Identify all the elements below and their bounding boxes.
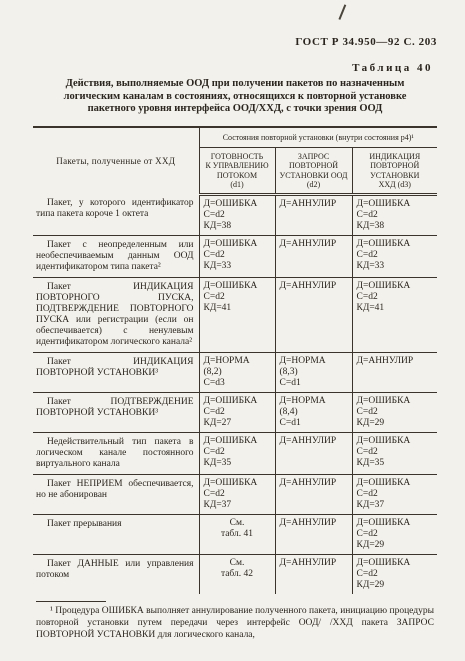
action-cell-d1: Д=ОШИБКА C=d2 КД=35 [199, 432, 275, 474]
packet-cell: Пакет ИНДИКАЦИЯ ПОВТОРНОЙ УСТАНОВКИ³ [33, 352, 199, 392]
table-row: Пакет прерывания См. табл. 41 Д=АННУЛИР … [33, 514, 437, 554]
action-cell-d3: Д=ОШИБКА C=d2 КД=35 [352, 432, 437, 474]
table-caption: Действия, выполняемые ООД при получении … [40, 78, 430, 116]
footnote-separator [36, 601, 106, 602]
action-cell-d3: Д=ОШИБКА C=d2 КД=29 [352, 554, 437, 594]
page-header: ГОСТ Р 34.950—92 С. 203 [0, 36, 437, 48]
action-cell-d2: Д=АННУЛИР [275, 514, 352, 554]
action-cell-d3: Д=ОШИБКА C=d2 КД=38 [352, 194, 437, 235]
packet-cell: Пакет ДАННЫЕ или управления потоком [33, 554, 199, 594]
action-cell-d2: Д=АННУЛИР [275, 474, 352, 514]
packet-cell: Недействительный тип пакета в логическом… [33, 432, 199, 474]
packet-cell: Пакет НЕПРИЕМ обеспечивается, но не абон… [33, 474, 199, 514]
column-header-d1: ГОТОВНОСТЬ К УПРАВЛЕНИЮ ПОТОКОМ (d1) [199, 147, 275, 194]
action-cell-d3: Д=АННУЛИР [352, 352, 437, 392]
table-body: Пакет, у которого идентификатор типа пак… [33, 194, 437, 594]
action-cell-d2: Д=АННУЛИР [275, 194, 352, 235]
header-row-span: Пакеты, полученные от ХХД Состояния повт… [33, 127, 437, 147]
action-cell-d3: Д=ОШИБКА C=d2 КД=29 [352, 514, 437, 554]
column-header-d3: ИНДИКАЦИЯ ПОВТОРНОЙ УСТАНОВКИ ХХД (d3) [352, 147, 437, 194]
column-header-d2: ЗАПРОС ПОВТОРНОЙ УСТАНОВКИ ООД (d2) [275, 147, 352, 194]
handwritten-slash-mark [338, 4, 355, 23]
footnote-text: ¹ Процедура ОШИБКА выполняет аннулирован… [36, 605, 434, 641]
action-cell-d3: Д=ОШИБКА C=d2 КД=33 [352, 235, 437, 277]
table-row: Пакет ИНДИКАЦИЯ ПОВТОРНОЙ УСТАНОВКИ³ Д=Н… [33, 352, 437, 392]
table-number-label: Таблица 40 [0, 62, 433, 74]
table-row: Недействительный тип пакета в логическом… [33, 432, 437, 474]
document-page: ГОСТ Р 34.950—92 С. 203 Таблица 40 Дейст… [0, 0, 465, 661]
action-cell-d1: Д=ОШИБКА C=d2 КД=27 [199, 392, 275, 432]
table-row: Пакет, у которого идентификатор типа пак… [33, 194, 437, 235]
packet-cell: Пакет ИНДИКАЦИЯ ПОВТОРНОГО ПУСКА, ПОДТВЕ… [33, 277, 199, 352]
table-row: Пакет ИНДИКАЦИЯ ПОВТОРНОГО ПУСКА, ПОДТВЕ… [33, 277, 437, 352]
table-header: Пакеты, полученные от ХХД Состояния повт… [33, 127, 437, 194]
action-cell-d1: См. табл. 42 [199, 554, 275, 594]
action-cell-d3: Д=ОШИБКА C=d2 КД=37 [352, 474, 437, 514]
table-row: Пакет ПОДТВЕРЖДЕНИЕ ПОВТОРНОЙ УСТАНОВКИ³… [33, 392, 437, 432]
column-group-header: Состояния повторной установки (внутри со… [199, 127, 437, 147]
action-cell-d2: Д=АННУЛИР [275, 432, 352, 474]
column-header-packets: Пакеты, полученные от ХХД [33, 127, 199, 194]
table-row: Пакет НЕПРИЕМ обеспечивается, но не абон… [33, 474, 437, 514]
action-cell-d1: См. табл. 41 [199, 514, 275, 554]
action-cell-d2: Д=НОРМА (8,3) C=d1 [275, 352, 352, 392]
table-row: Пакет с неопределенным или необеспечивае… [33, 235, 437, 277]
packet-cell: Пакет с неопределенным или необеспечивае… [33, 235, 199, 277]
action-cell-d1: Д=ОШИБКА C=d2 КД=37 [199, 474, 275, 514]
action-cell-d2: Д=АННУЛИР [275, 554, 352, 594]
action-cell-d1: Д=ОШИБКА C=d2 КД=41 [199, 277, 275, 352]
packet-cell: Пакет, у которого идентификатор типа пак… [33, 194, 199, 235]
packets-actions-table: Пакеты, полученные от ХХД Состояния повт… [33, 126, 437, 594]
action-cell-d1: Д=ОШИБКА C=d2 КД=38 [199, 194, 275, 235]
packet-cell: Пакет ПОДТВЕРЖДЕНИЕ ПОВТОРНОЙ УСТАНОВКИ³ [33, 392, 199, 432]
action-cell-d3: Д=ОШИБКА C=d2 КД=41 [352, 277, 437, 352]
action-cell-d1: Д=ОШИБКА C=d2 КД=33 [199, 235, 275, 277]
packet-cell: Пакет прерывания [33, 514, 199, 554]
table-row: Пакет ДАННЫЕ или управления потоком См. … [33, 554, 437, 594]
action-cell-d2: Д=АННУЛИР [275, 235, 352, 277]
action-cell-d3: Д=ОШИБКА C=d2 КД=29 [352, 392, 437, 432]
action-cell-d2: Д=НОРМА (8,4) C=d1 [275, 392, 352, 432]
action-cell-d1: Д=НОРМА (8,2) C=d3 [199, 352, 275, 392]
action-cell-d2: Д=АННУЛИР [275, 277, 352, 352]
